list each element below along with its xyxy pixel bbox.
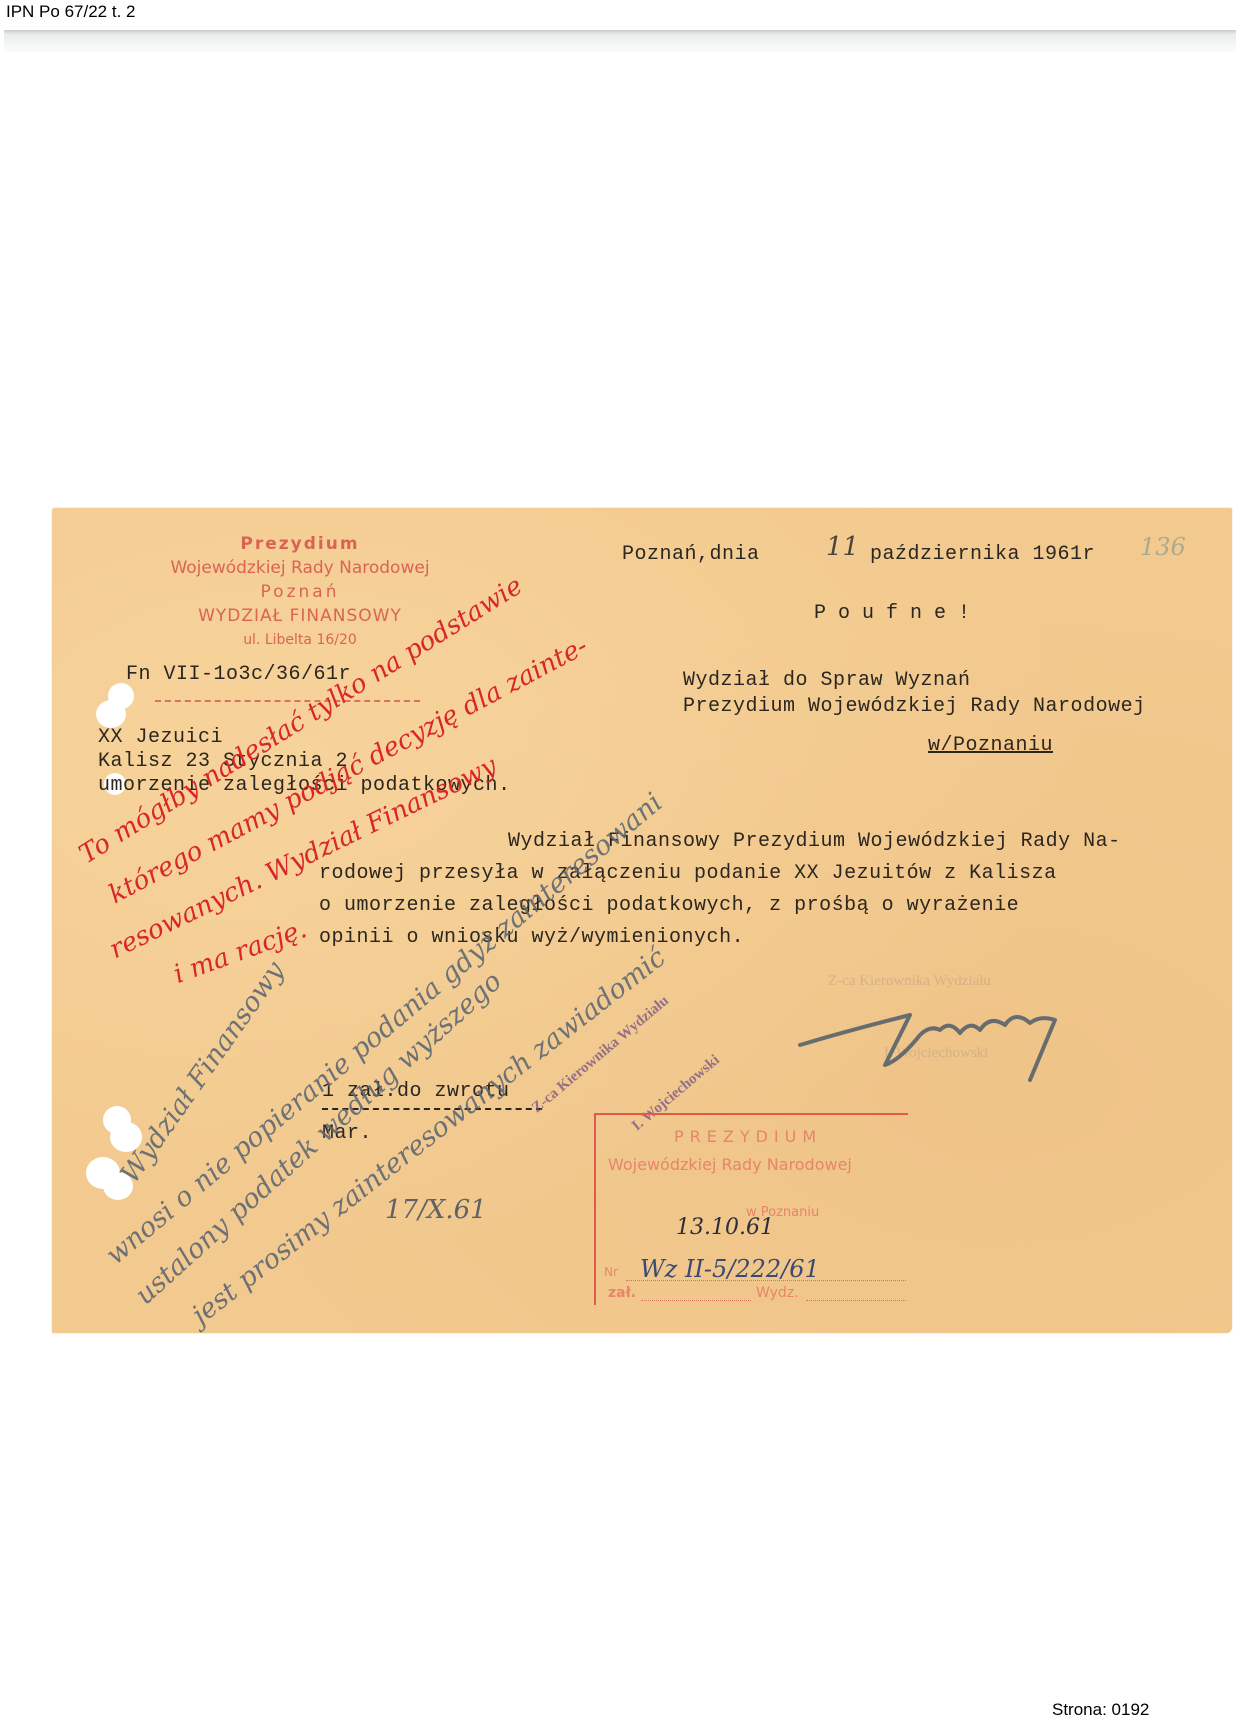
reg-stamp-wydz-label: Wydz. <box>756 1285 799 1301</box>
reg-stamp-header: PREZYDIUM <box>674 1127 822 1146</box>
reg-stamp-zal-label: zał. <box>608 1285 636 1301</box>
reg-stamp-zal-dots <box>641 1300 751 1301</box>
stamp-line-city: Poznań <box>120 580 480 604</box>
archive-reference: IPN Po 67/22 t. 2 <box>6 2 135 22</box>
date-month-year: października 1961r <box>870 543 1095 566</box>
page-number: Strona: 0192 <box>1052 1700 1149 1720</box>
addressee-line-2: Prezydium Wojewódzkiej Rady Narodowej <box>683 695 1146 718</box>
body-line-3: o umorzenie zaległości podatkowych, z pr… <box>319 894 1019 917</box>
stamp-divider <box>155 700 420 702</box>
reg-stamp-wydz-dots <box>806 1300 906 1301</box>
registration-stamp: PREZYDIUM Wojewódzkiej Rady Narodowej w … <box>594 1113 908 1305</box>
addressee-line-3: w/Poznaniu <box>928 734 1053 757</box>
folio-number: 136 <box>1140 533 1186 561</box>
stamp-line-prezydium: Prezydium <box>120 532 480 556</box>
subject-line-1: XX Jezuici <box>98 726 223 749</box>
reg-stamp-nr-label: Nr <box>604 1265 618 1279</box>
reg-stamp-number: Wz II-5/222/61 <box>640 1255 820 1283</box>
punch-hole <box>96 700 126 728</box>
date-day-handwritten: 11 <box>826 532 859 562</box>
stamp-line-council: Wojewódzkiej Rady Narodowej <box>120 556 480 580</box>
body-line-4: opinii o wniosku wyż/wymienionych. <box>319 926 744 949</box>
scan-top-edge <box>4 30 1236 52</box>
reg-stamp-received-date: 13.10.61 <box>676 1215 774 1240</box>
reference-number: Fn VII-1o3c/36/61r <box>126 663 351 686</box>
date-place: Poznań,dnia <box>622 543 760 566</box>
grey-annotation-date: 17/X.61 <box>385 1195 487 1225</box>
signature-wojciechowski <box>790 975 1090 1085</box>
addressee-line-1: Wydział do Spraw Wyznań <box>683 669 971 692</box>
reg-stamp-subheader: Wojewódzkiej Rady Narodowej <box>608 1155 852 1174</box>
classification-label: Poufne! <box>814 602 982 625</box>
body-line-2: rodowej przesyła w załączeniu podanie XX… <box>319 862 1057 885</box>
